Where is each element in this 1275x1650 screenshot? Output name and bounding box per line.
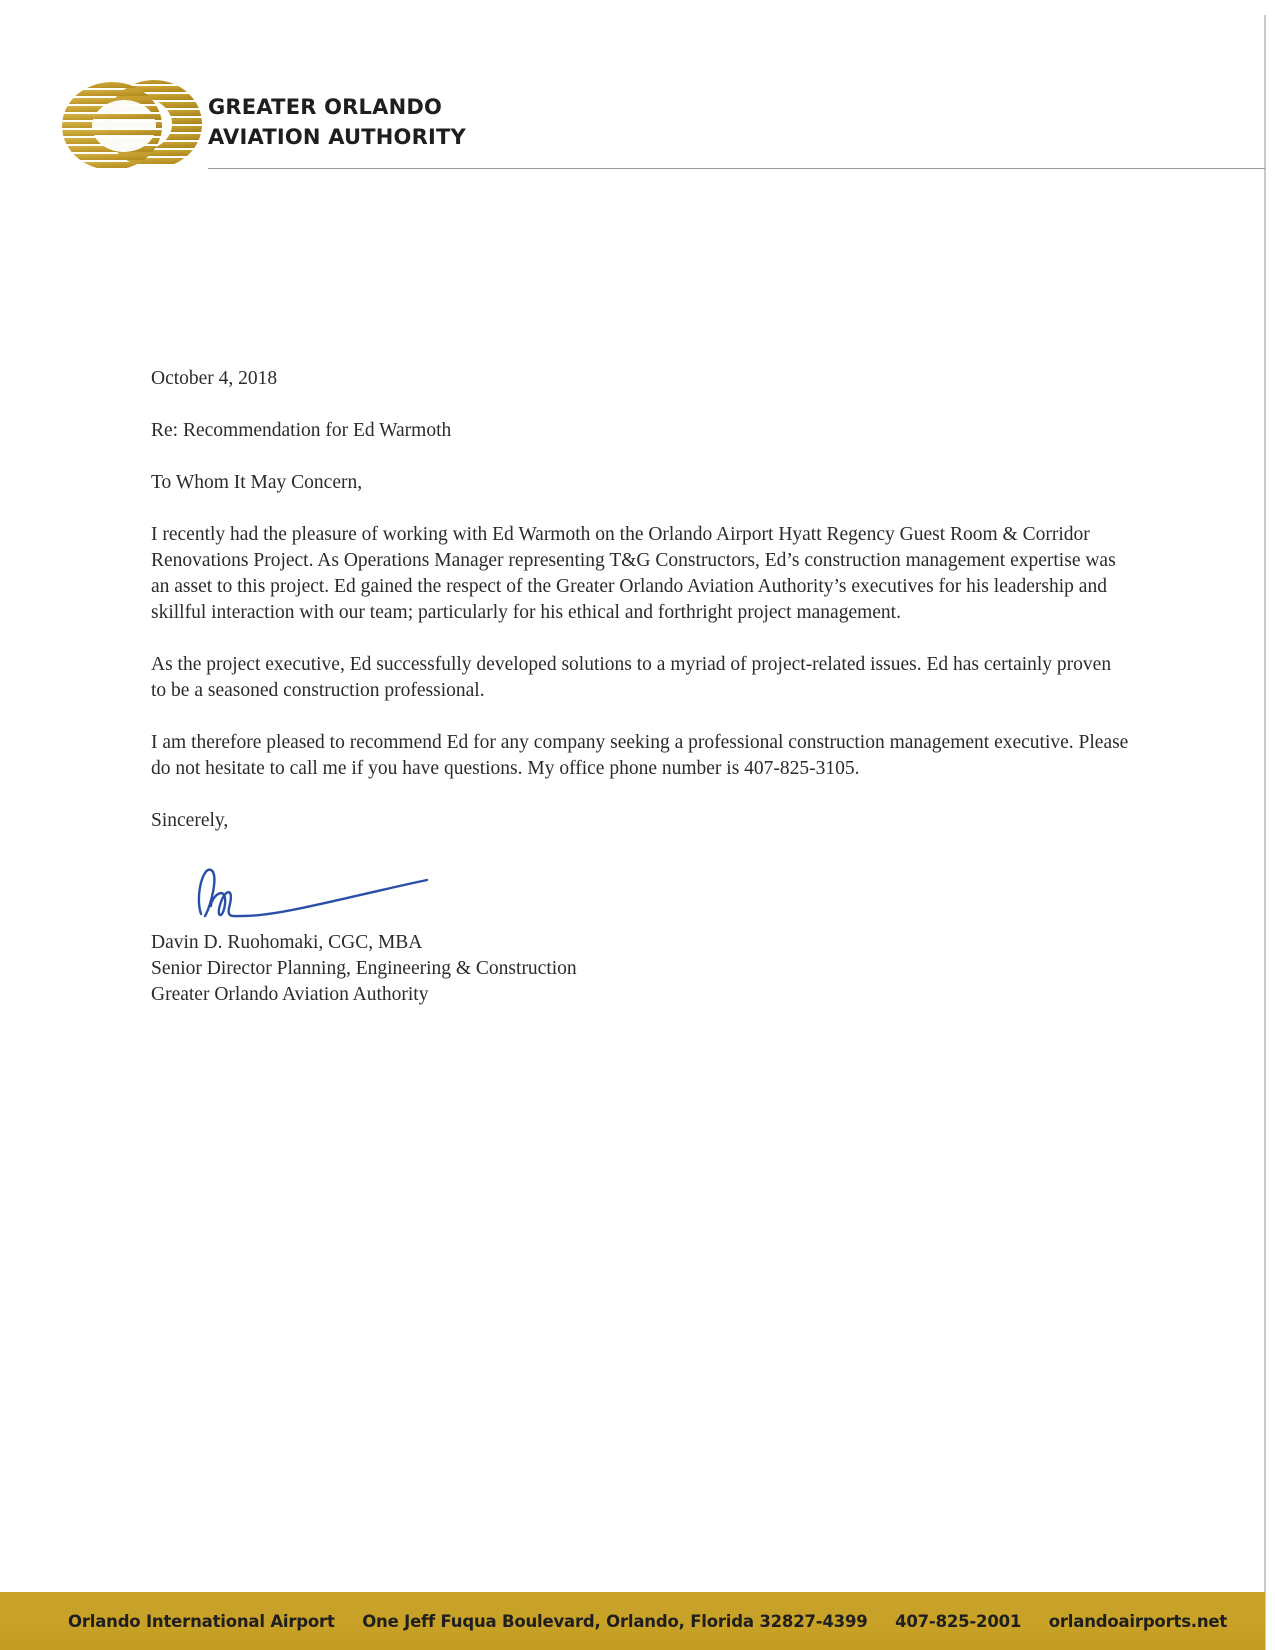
footer-website: orlandoairports.net (1049, 1612, 1227, 1631)
signer-organization: Greater Orlando Aviation Authority (151, 982, 1131, 1008)
footer-band: Orlando International Airport One Jeff F… (0, 1592, 1265, 1650)
signer-name: Davin D. Ruohomaki, CGC, MBA (151, 930, 1131, 956)
goaa-logo-icon (62, 76, 202, 176)
footer-airport: Orlando International Airport (68, 1612, 335, 1631)
paragraph-2: As the project executive, Ed successfull… (151, 652, 1131, 704)
org-name-line2: AVIATION AUTHORITY (208, 122, 466, 152)
letter-salutation: To Whom It May Concern, (151, 470, 1131, 496)
footer-address: One Jeff Fuqua Boulevard, Orlando, Flori… (362, 1612, 867, 1631)
org-name-line1: GREATER ORLANDO (208, 92, 466, 122)
signer-block: Davin D. Ruohomaki, CGC, MBA Senior Dire… (151, 930, 1131, 1008)
letter-body: October 4, 2018 Re: Recommendation for E… (151, 366, 1131, 1008)
letter-date: October 4, 2018 (151, 366, 1131, 392)
footer-contact: Orlando International Airport One Jeff F… (68, 1612, 1249, 1631)
page-edge-line (1264, 15, 1266, 1650)
paragraph-1: I recently had the pleasure of working w… (151, 522, 1131, 626)
letter-subject: Re: Recommendation for Ed Warmoth (151, 418, 1131, 444)
letterhead: GREATER ORLANDO AVIATION AUTHORITY (62, 76, 1267, 186)
signature-icon (181, 856, 441, 928)
letter-closing: Sincerely, (151, 808, 1131, 834)
footer-phone: 407-825-2001 (895, 1612, 1021, 1631)
paragraph-3: I am therefore pleased to recommend Ed f… (151, 730, 1131, 782)
header-divider (208, 168, 1265, 169)
organization-name: GREATER ORLANDO AVIATION AUTHORITY (208, 92, 466, 152)
signer-title: Senior Director Planning, Engineering & … (151, 956, 1131, 982)
